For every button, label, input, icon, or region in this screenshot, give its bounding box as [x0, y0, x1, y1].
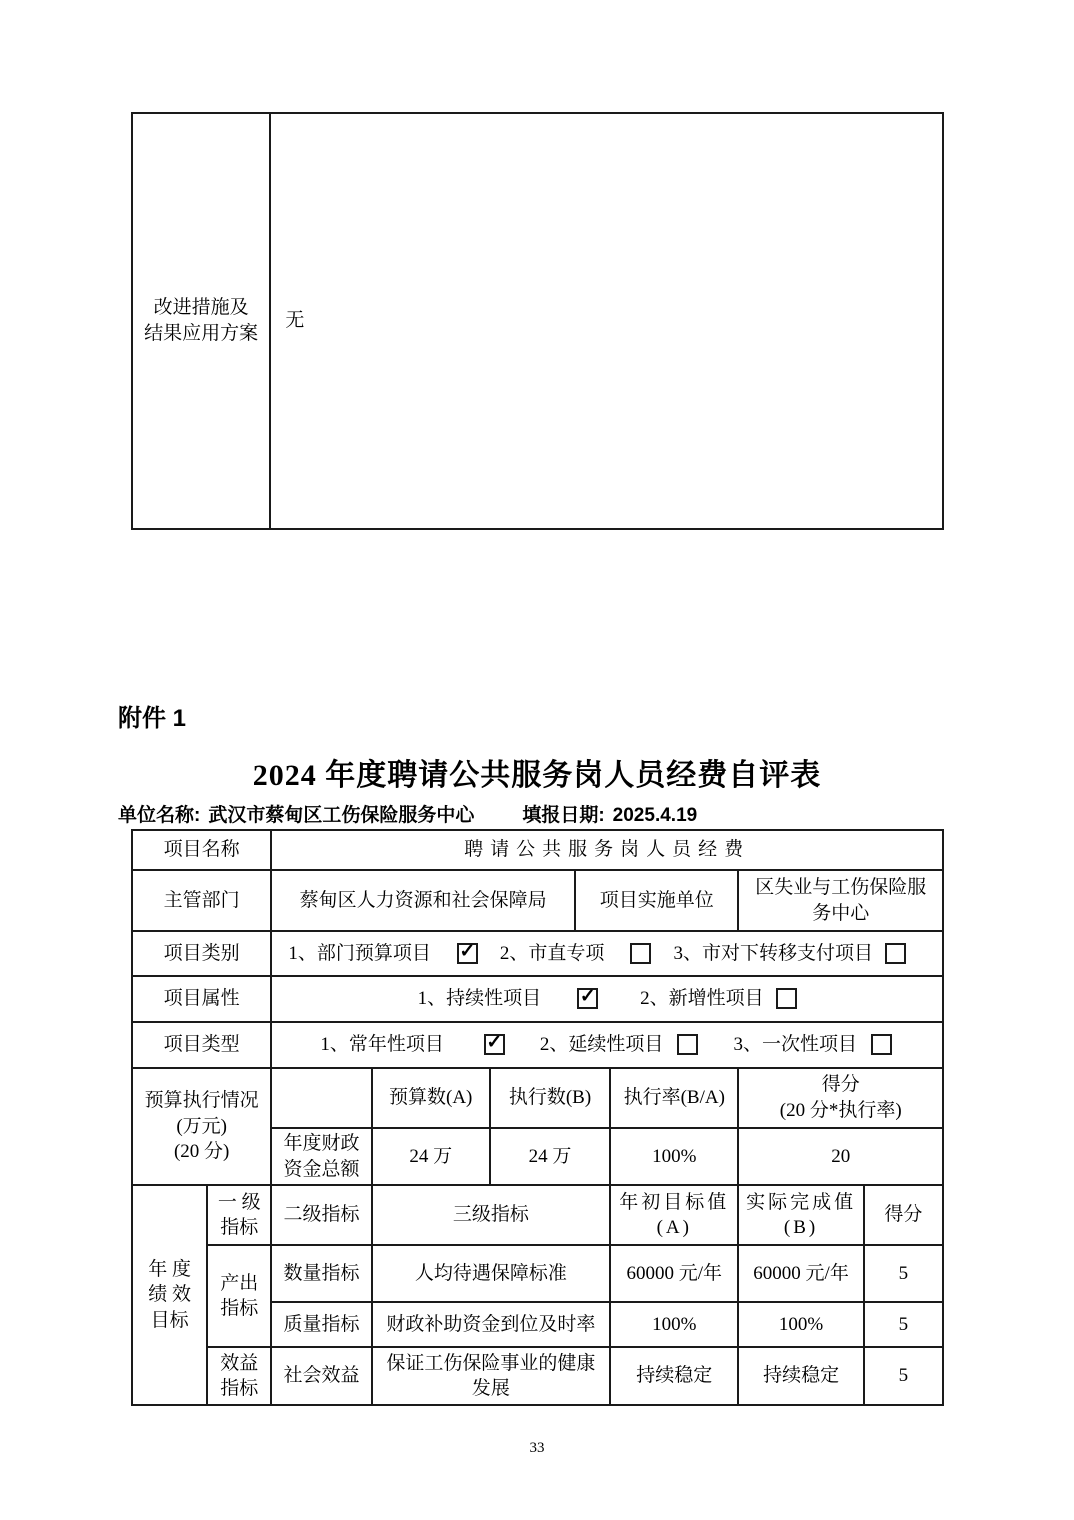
category-label: 项目类别: [132, 931, 271, 976]
type-options: 1、常年性项目✓ 2、延续性项目 3、一次性项目: [275, 1032, 939, 1058]
checkbox: [776, 988, 797, 1009]
row-target: 持续稳定: [610, 1347, 738, 1405]
dept-value: 蔡甸区人力资源和社会保障局: [271, 870, 575, 931]
header-level1: 一 级 指标: [207, 1185, 271, 1245]
report-date-value: 2025.4.19: [613, 805, 698, 826]
attribute-label: 项目属性: [132, 976, 271, 1022]
header-score: 得分: [864, 1185, 943, 1245]
checkbox: [677, 1034, 698, 1055]
budget-row-label: 年度财政 资金总额: [271, 1128, 371, 1185]
improvement-label: 改进措施及 结果应用方案: [132, 113, 270, 529]
group-benefit-label: 效益 指标: [207, 1347, 271, 1405]
row-target: 100%: [610, 1302, 738, 1347]
row-level2: 质量指标: [271, 1302, 371, 1347]
checkbox: ✓: [484, 1034, 505, 1055]
budget-header-exec-num: 执行数(B): [490, 1068, 610, 1128]
row-level3: 人均待遇保障标准: [372, 1245, 611, 1302]
checkbox: [871, 1034, 892, 1055]
option-label: 1、常年性项目: [320, 1032, 444, 1058]
improvement-value: 无: [270, 113, 943, 529]
unit-name-value: 武汉市蔡甸区工伤保险服务中心: [208, 805, 474, 826]
category-option: 3、市对下转移支付项目: [673, 941, 906, 967]
exec-rate-value: 100%: [610, 1128, 738, 1185]
attachment-label: 附件 1: [118, 698, 186, 733]
form-title: 2024 年度聘请公共服务岗人员经费自评表: [0, 750, 1074, 794]
impl-unit-label: 项目实施单位: [575, 870, 738, 931]
category-options: 1、部门预算项目✓ 2、市直专项 3、市对下转移支付项目: [275, 941, 939, 967]
budget-empty-cell: [271, 1068, 371, 1128]
option-label: 3、市对下转移支付项目: [673, 941, 873, 967]
performance-section-label: 年 度 绩 效 目标: [132, 1185, 207, 1405]
row-score: 5: [864, 1347, 943, 1405]
option-label: 2、延续性项目: [540, 1032, 664, 1058]
category-option: 1、部门预算项目✓: [288, 941, 478, 967]
checkbox: ✓: [457, 943, 478, 964]
attribute-option: 1、持续性项目✓: [418, 986, 599, 1012]
budget-header-budget-num: 预算数(A): [372, 1068, 490, 1128]
group-output-label: 产出 指标: [207, 1245, 271, 1347]
type-option: 1、常年性项目✓: [320, 1032, 505, 1058]
checkbox: [630, 943, 651, 964]
attribute-option: 2、新增性项目: [640, 986, 797, 1012]
budget-score-value: 20: [738, 1128, 943, 1185]
header-target: 年初目标值 (A): [610, 1185, 738, 1245]
budget-header-score: 得分 (20 分*执行率): [738, 1068, 943, 1128]
improvement-table: 改进措施及 结果应用方案 无: [131, 112, 944, 530]
option-label: 2、市直专项: [500, 941, 605, 967]
row-actual: 100%: [738, 1302, 863, 1347]
dept-label: 主管部门: [132, 870, 271, 931]
project-name-label: 项目名称: [132, 830, 271, 870]
budget-num-value: 24 万: [372, 1128, 490, 1185]
header-level2: 二级指标: [271, 1185, 371, 1245]
row-level3: 保证工伤保险事业的健康 发展: [372, 1347, 611, 1405]
option-label: 1、持续性项目: [418, 986, 542, 1012]
type-label: 项目类型: [132, 1022, 271, 1068]
report-date-label: 填报日期:: [522, 805, 604, 826]
row-actual: 持续稳定: [738, 1347, 863, 1405]
budget-section-label: 预算执行情况 (万元) (20 分): [132, 1068, 271, 1185]
attribute-options: 1、持续性项目✓ 2、新增性项目: [275, 986, 939, 1012]
unit-name-label: 单位名称:: [118, 805, 200, 826]
row-actual: 60000 元/年: [738, 1245, 863, 1302]
checkbox: ✓: [577, 988, 598, 1009]
row-score: 5: [864, 1245, 943, 1302]
option-label: 3、一次性项目: [733, 1032, 857, 1058]
header-level3: 三级指标: [372, 1185, 611, 1245]
type-option: 3、一次性项目: [733, 1032, 892, 1058]
budget-header-exec-rate: 执行率(B/A): [610, 1068, 738, 1128]
row-level2: 社会效益: [271, 1347, 371, 1405]
page-number: 33: [0, 1440, 1074, 1457]
self-evaluation-table: 项目名称 聘请公共服务岗人员经费 主管部门 蔡甸区人力资源和社会保障局 项目实施…: [131, 829, 944, 1406]
unit-date-line: 单位名称:武汉市蔡甸区工伤保险服务中心填报日期:2025.4.19: [118, 800, 697, 827]
document-page: 改进措施及 结果应用方案 无 附件 1 2024 年度聘请公共服务岗人员经费自评…: [0, 0, 1074, 1520]
header-actual: 实际完成值 (B): [738, 1185, 863, 1245]
option-label: 2、新增性项目: [640, 986, 764, 1012]
row-score: 5: [864, 1302, 943, 1347]
impl-unit-value: 区失业与工伤保险服 务中心: [738, 870, 943, 931]
checkbox: [885, 943, 906, 964]
category-option: 2、市直专项: [500, 941, 652, 967]
row-level3: 财政补助资金到位及时率: [372, 1302, 611, 1347]
option-label: 1、部门预算项目: [288, 941, 431, 967]
row-target: 60000 元/年: [610, 1245, 738, 1302]
exec-num-value: 24 万: [490, 1128, 610, 1185]
project-name-value: 聘请公共服务岗人员经费: [271, 830, 943, 870]
type-option: 2、延续性项目: [540, 1032, 699, 1058]
row-level2: 数量指标: [271, 1245, 371, 1302]
